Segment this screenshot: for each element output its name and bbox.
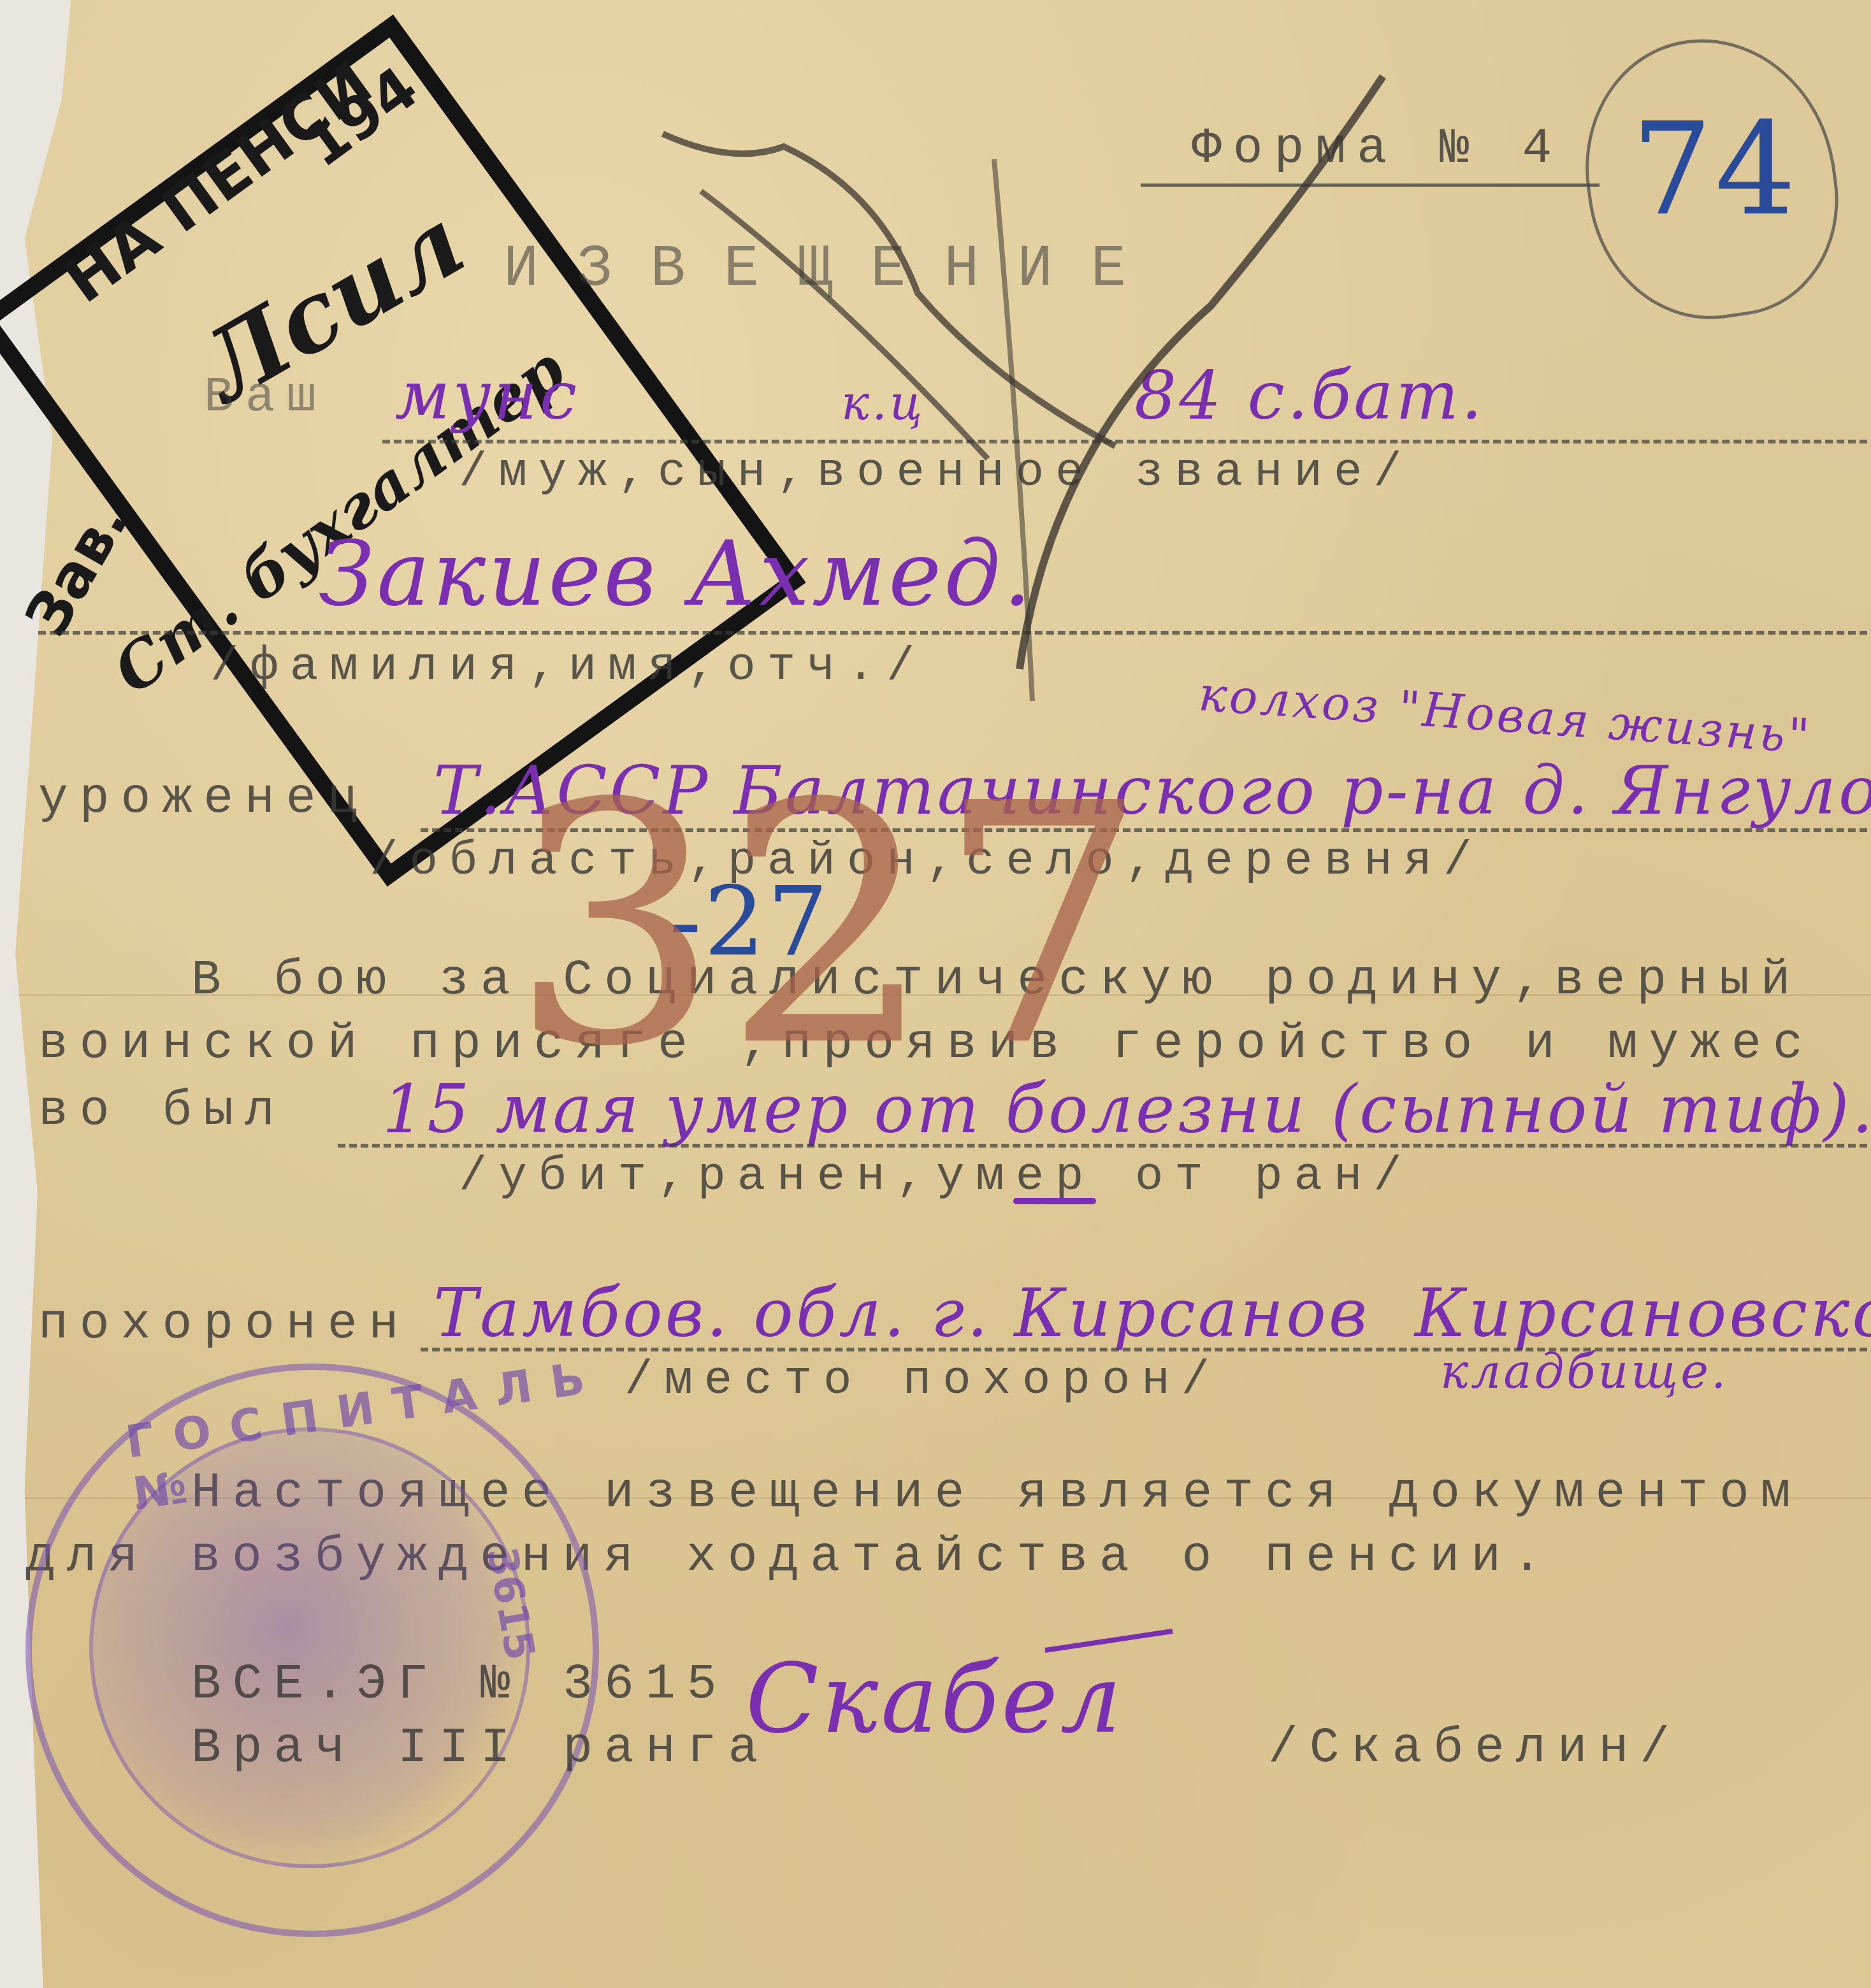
- pencil-checkmark-overlay: [0, 0, 1871, 1988]
